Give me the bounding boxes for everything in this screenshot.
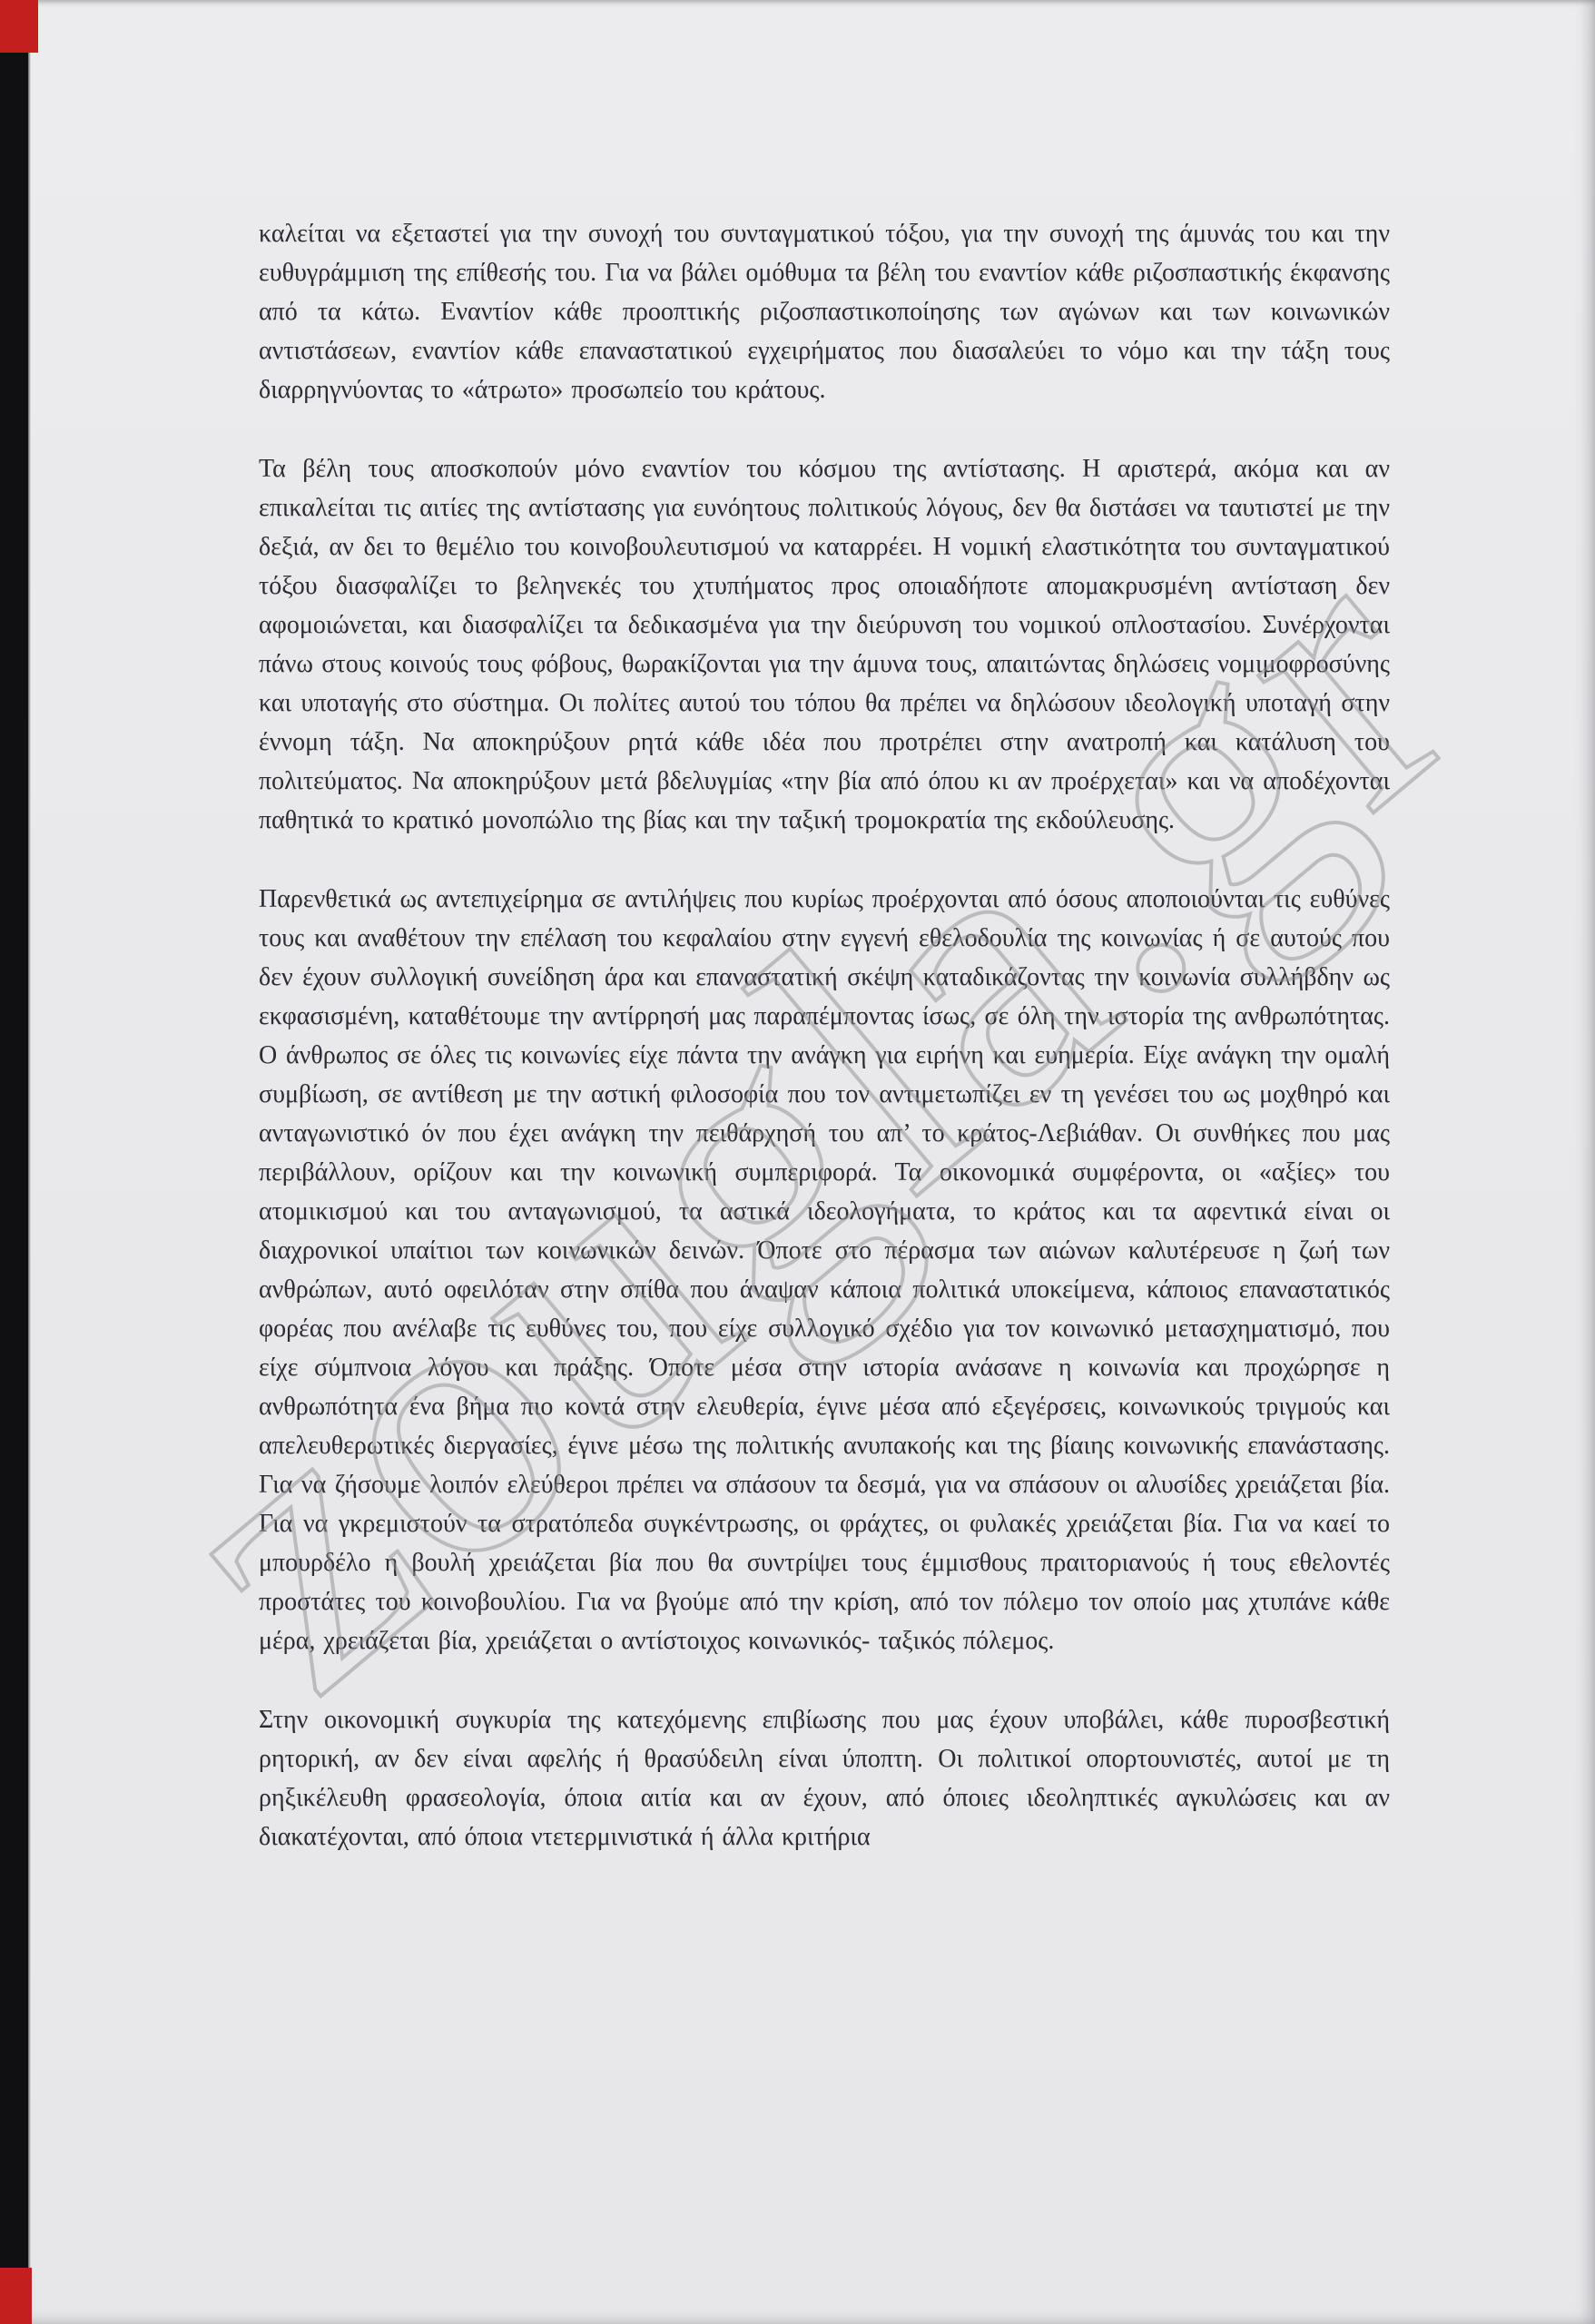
paragraph-2: Τα βέλη τους αποσκοπούν μόνο εναντίον το… <box>259 449 1390 840</box>
paragraph-3: Παρενθετικά ως αντεπιχείρημα σε αντιλήψε… <box>259 880 1390 1660</box>
scanned-page: zougla.gr καλείται να εξεταστεί για την … <box>0 0 1595 2324</box>
paragraph-1: καλείται να εξεταστεί για την συνοχή του… <box>259 214 1390 409</box>
document-text: καλείται να εξεταστεί για την συνοχή του… <box>259 214 1390 1856</box>
red-mark-bottom <box>0 2268 32 2324</box>
scan-edge-strip <box>0 0 28 2324</box>
paragraph-4: Στην οικονομική συγκυρία της κατεχόμενης… <box>259 1700 1390 1856</box>
red-mark-top <box>0 0 38 53</box>
